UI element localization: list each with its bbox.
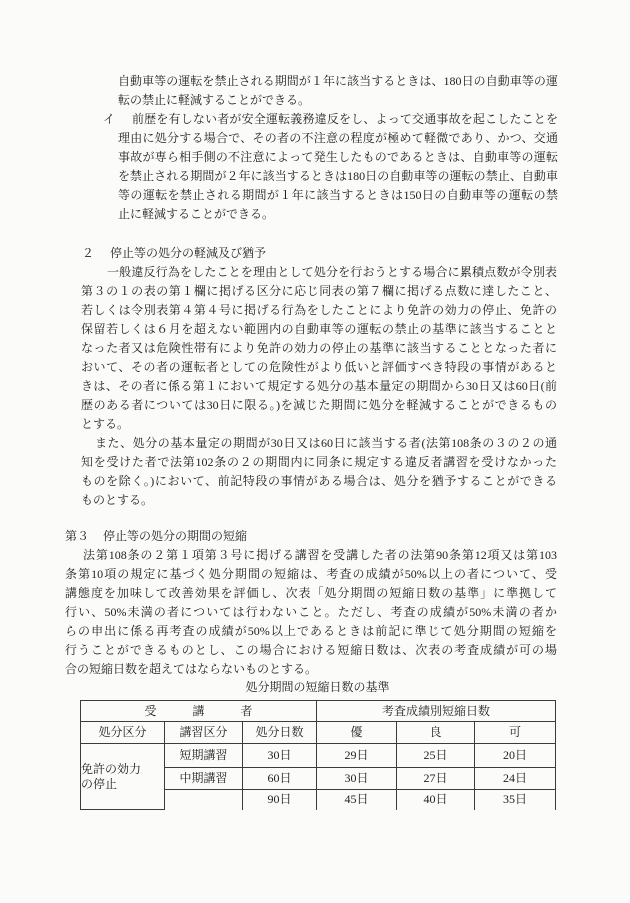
table-cell: 24日 <box>475 768 556 790</box>
section-3-title: 停止等の処分の期間の短縮 <box>103 529 247 543</box>
col-header-excellent: 優 <box>317 722 397 744</box>
col-header-disposition: 処分区分 <box>81 722 165 744</box>
cell-disposition-category: 免許の効力の停止 <box>81 744 165 810</box>
table-cell: 30日 <box>243 744 317 768</box>
table-cell: 90日 <box>243 790 317 810</box>
table-cell: 29日 <box>317 744 397 768</box>
table-cell: 短期講習 <box>165 744 243 768</box>
item-i-label: イ <box>103 110 115 129</box>
table-cell: 60日 <box>243 768 317 790</box>
table-group-header-row: 受 講 者 考査成績別短縮日数 <box>81 701 556 722</box>
paragraph-item-i: イ 前歴を有しない者が安全運転義務違反をし、よって交通事故を起こしたことを理由に… <box>118 110 558 224</box>
paragraph-section-2-reduction: 一般違反行為をしたことを理由として処分を行おうとする場合に累積点数が令別表第３の… <box>81 263 557 434</box>
paragraph-item-a-continuation: 自動車等の運転を禁止される期間が１年に該当するときは、180日の自動車等の運転の… <box>118 72 558 110</box>
table-row: 免許の効力の停止 短期講習 30日 29日 25日 20日 <box>81 744 556 768</box>
table-cell: 45日 <box>317 790 397 810</box>
document-page: 自動車等の運転を禁止される期間が１年に該当するときは、180日の自動車等の運転の… <box>0 0 630 903</box>
table-cell: 40日 <box>397 790 475 810</box>
section-2-heading: ２停止等の処分の軽減及び猶予 <box>82 244 630 263</box>
col-header-pass: 可 <box>475 722 556 744</box>
col-header-days: 処分日数 <box>243 722 317 744</box>
table-caption: 処分期間の短縮日数の基準 <box>80 679 555 695</box>
table-cell: 27日 <box>397 768 475 790</box>
table-column-header-row: 処分区分 講習区分 処分日数 優 良 可 <box>81 722 556 744</box>
table-cell: 20日 <box>475 744 556 768</box>
group-header-score-days: 考査成績別短縮日数 <box>317 701 556 722</box>
item-i-text: 前歴を有しない者が安全運転義務違反をし、よって交通事故を起こしたことを理由に処分… <box>118 110 558 224</box>
col-header-course: 講習区分 <box>165 722 243 744</box>
section-3-number: 第３ <box>65 527 103 546</box>
reduction-days-table: 受 講 者 考査成績別短縮日数 処分区分 講習区分 処分日数 優 良 可 免許の… <box>80 700 556 810</box>
table-cell <box>165 790 243 810</box>
paragraph-section-2-suspension: また、処分の基本量定の期間が30日又は60日に該当する者(法第108条の３の２の… <box>81 434 557 510</box>
table-cell: 中期講習 <box>165 768 243 790</box>
group-header-attendee: 受 講 者 <box>81 701 317 722</box>
section-3-heading: 第３停止等の処分の期間の短縮 <box>65 527 630 546</box>
section-2-title: 停止等の処分の軽減及び猶予 <box>110 246 266 260</box>
paragraph-section-3-body: 法第108条の２第１項第３号に掲げる講習を受講した者の法第90条第12項又は第1… <box>65 546 557 679</box>
section-2-number: ２ <box>82 244 110 263</box>
table-cell: 25日 <box>397 744 475 768</box>
col-header-good: 良 <box>397 722 475 744</box>
table-cell: 30日 <box>317 768 397 790</box>
table-cell: 35日 <box>475 790 556 810</box>
